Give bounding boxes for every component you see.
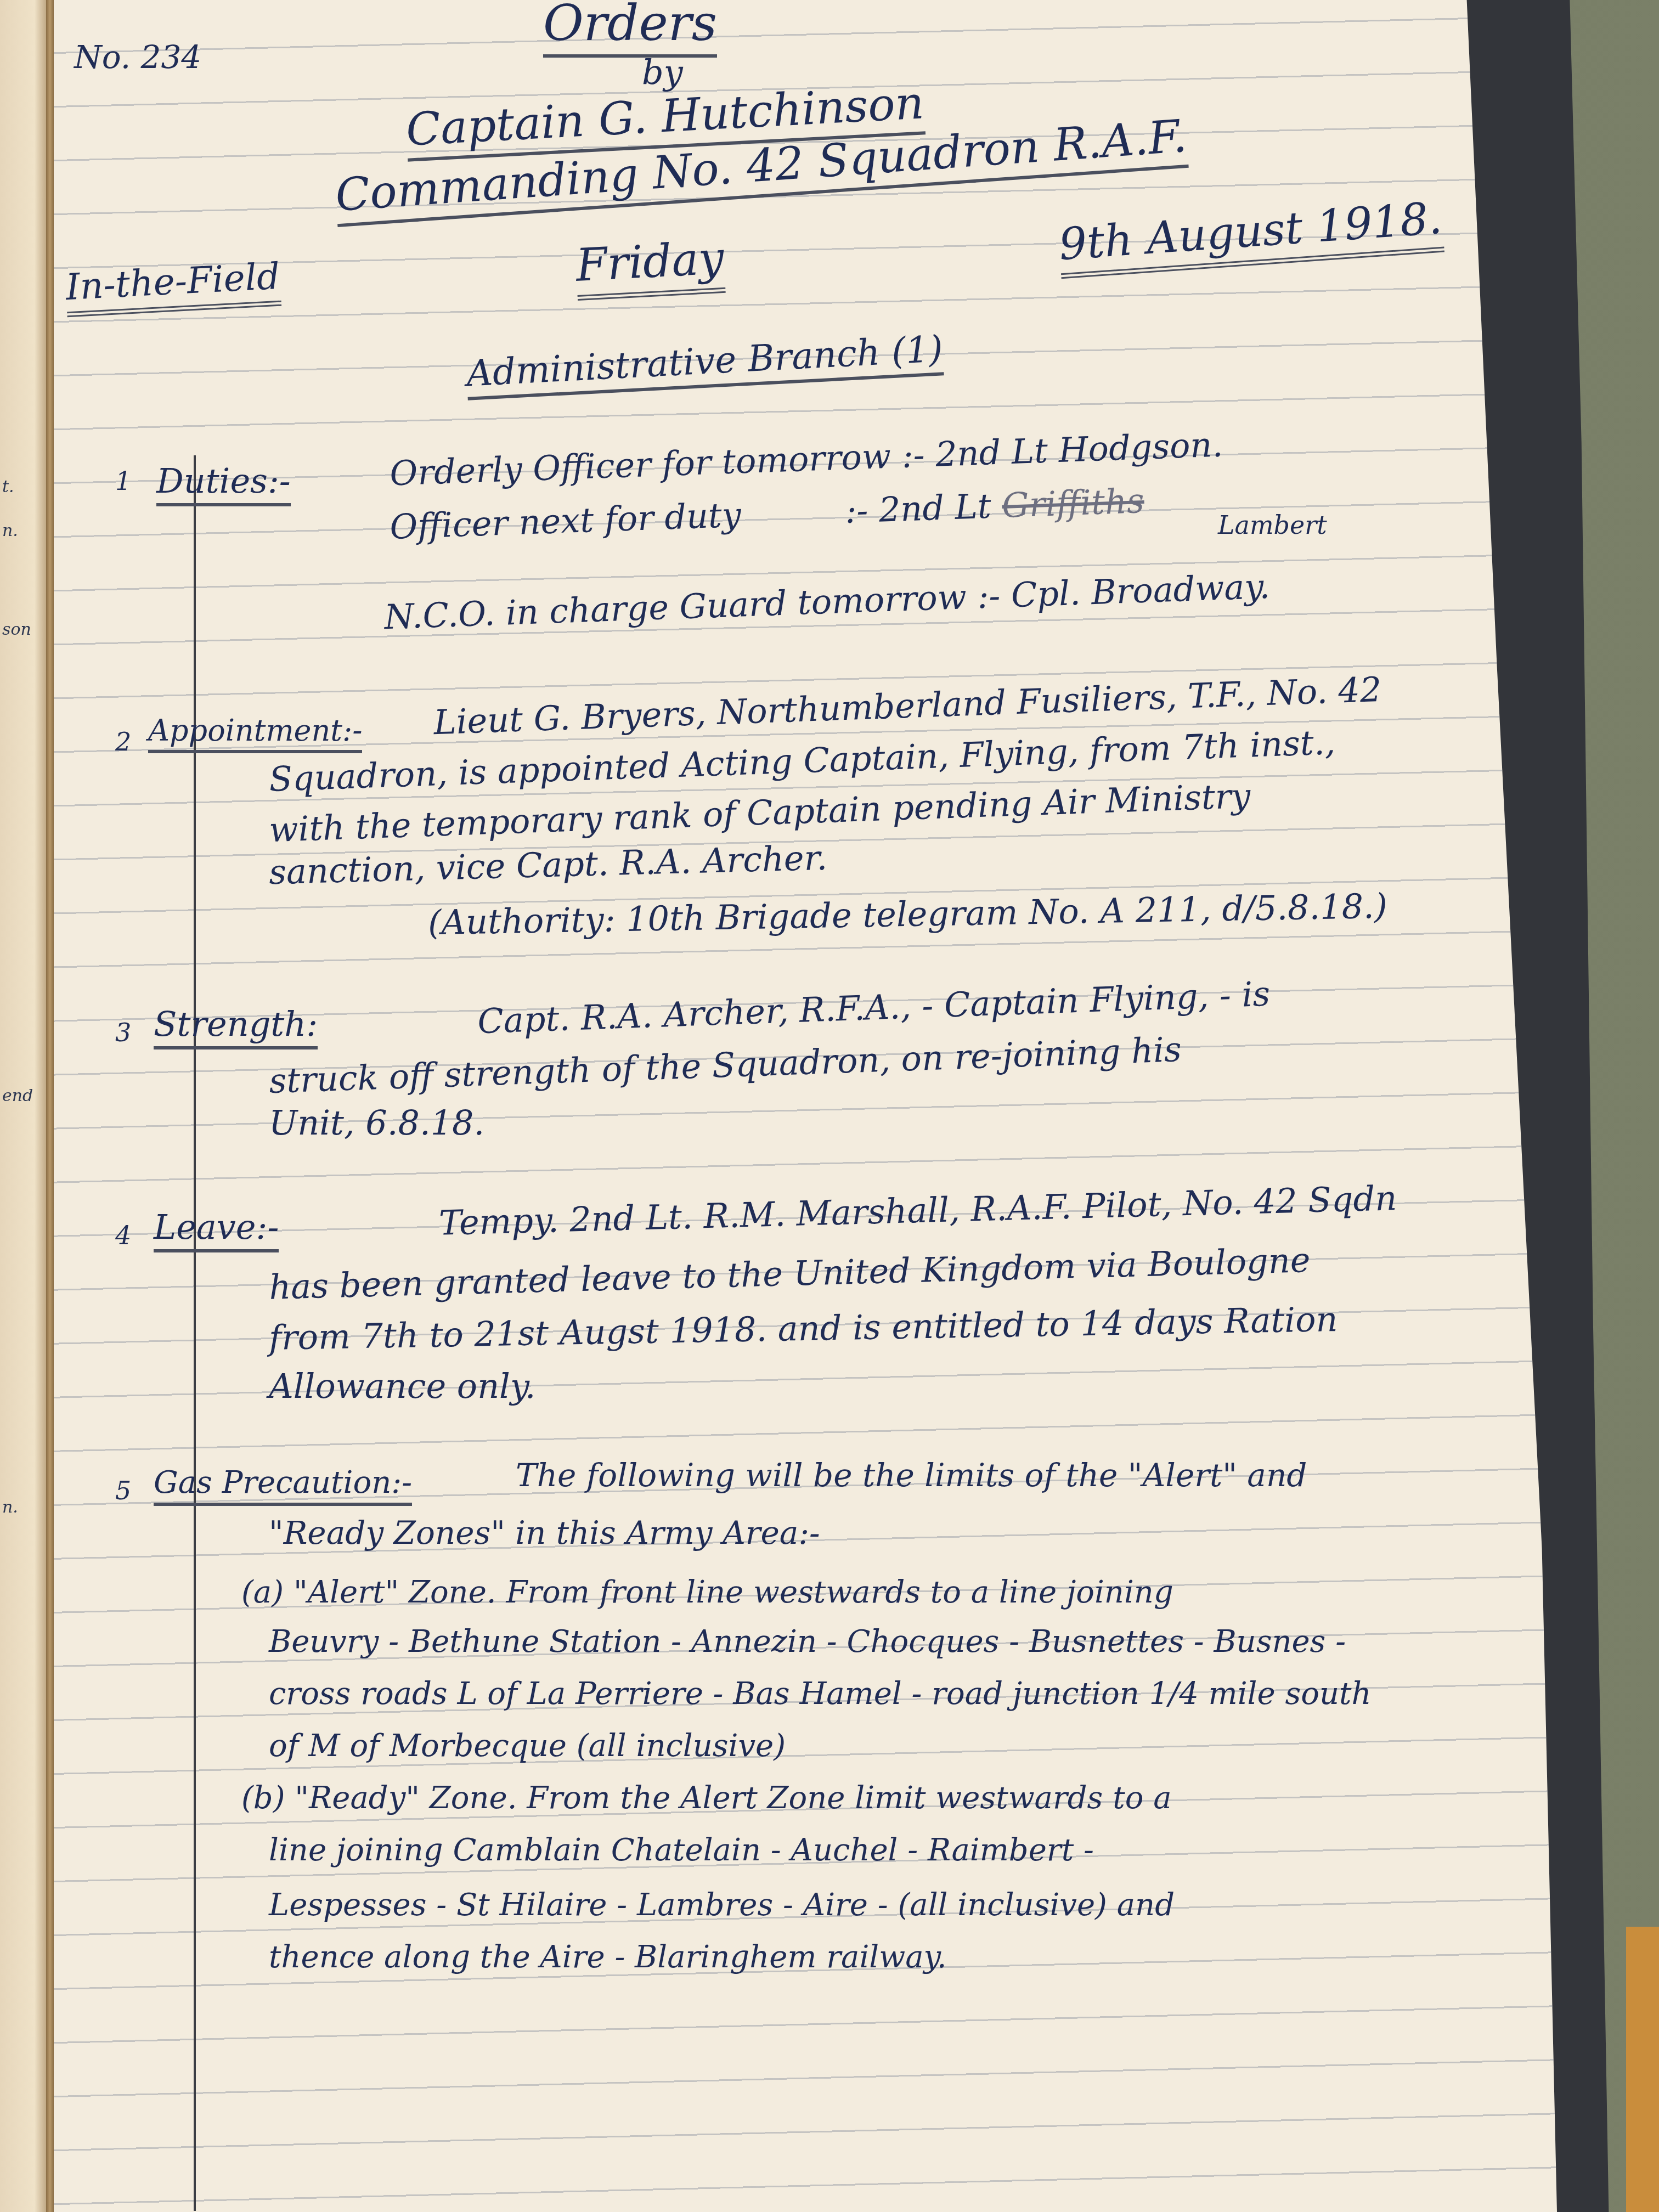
zone-line: Beuvry - Bethune Station - Annezin - Cho… — [269, 1624, 1346, 1660]
duty-assignee-prefix: :- 2nd Lt — [844, 486, 992, 531]
section-number: 3 — [115, 1018, 131, 1047]
correction-name: Lambert — [1218, 510, 1327, 540]
by-line: by — [642, 52, 683, 92]
day: Friday — [574, 232, 725, 301]
left-page-fragment: end — [2, 1086, 33, 1105]
struck-name: Griffiths — [1001, 481, 1145, 526]
left-page-fragment: n. — [2, 521, 18, 540]
body-line: The following will be the limits of the … — [516, 1457, 1307, 1494]
section-label-strength: Strength: — [154, 1004, 318, 1049]
entry-number: No. 234 — [74, 38, 201, 76]
left-page-fragment: n. — [2, 1498, 18, 1517]
section-number: 2 — [115, 727, 131, 757]
section-label-leave: Leave:- — [154, 1207, 279, 1252]
section-label-appointment: Appointment:- — [148, 713, 362, 753]
left-page-fragment: son — [2, 620, 31, 639]
zone-line: thence along the Aire - Blaringhem railw… — [269, 1939, 947, 1975]
zone-line: cross roads L of La Perriere - Bas Hamel… — [269, 1676, 1372, 1712]
section-label-duties: Duties:- — [156, 461, 291, 506]
page-title: Orders — [543, 0, 717, 58]
zone-line: of M of Morbecque (all inclusive) — [269, 1728, 786, 1764]
zone-line: (b) "Ready" Zone. From the Alert Zone li… — [241, 1780, 1172, 1816]
section-number: 4 — [115, 1221, 131, 1250]
desk-wood-edge — [1626, 1927, 1659, 2212]
section-label-gas-precaution: Gas Precaution:- — [154, 1465, 412, 1506]
left-page-fragment: t. — [2, 477, 14, 496]
section-number: 1 — [115, 466, 131, 496]
book-gutter — [46, 0, 54, 2212]
body-line: "Ready Zones" in this Army Area:- — [269, 1514, 820, 1551]
zone-line: (a) "Alert" Zone. From front line westwa… — [241, 1575, 1173, 1610]
zone-line: line joining Camblain Chatelain - Auchel… — [269, 1832, 1094, 1868]
body-line: Unit, 6.8.18. — [269, 1103, 484, 1143]
left-page: t. n. son end n. — [0, 0, 49, 2212]
section-number: 5 — [115, 1476, 131, 1505]
body-line: Allowance only. — [269, 1366, 535, 1406]
zone-line: Lespesses - St Hilaire - Lambres - Aire … — [269, 1887, 1175, 1923]
